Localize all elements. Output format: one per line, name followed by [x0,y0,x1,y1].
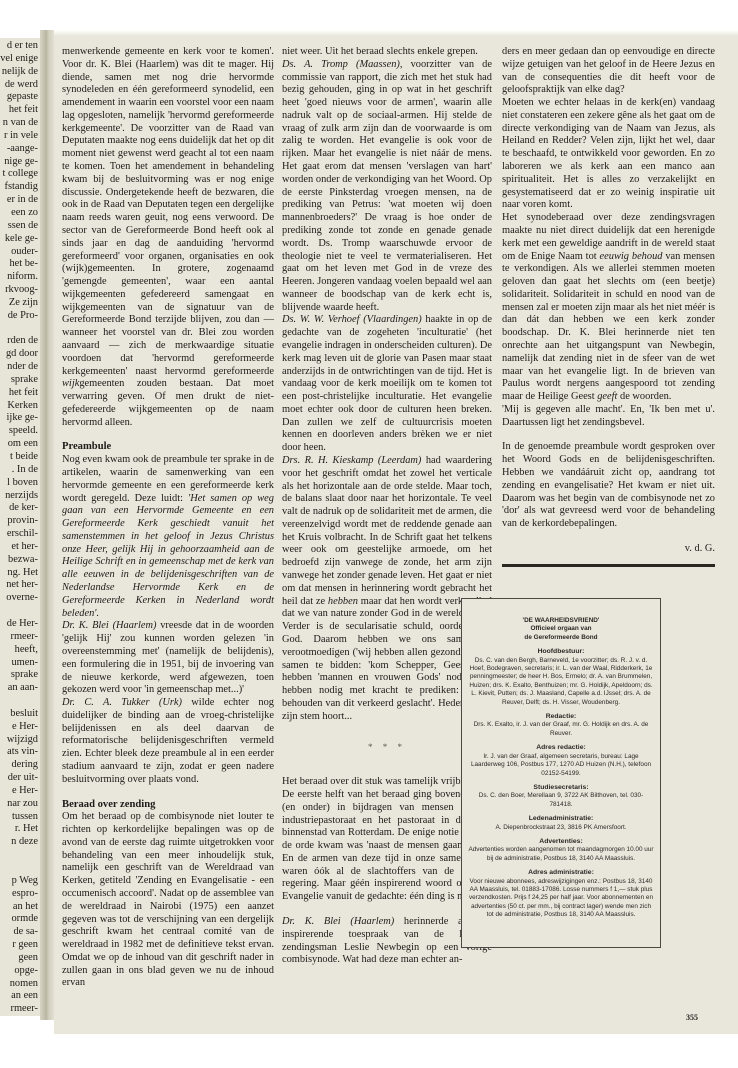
text-line: Kerken [0,400,38,413]
colophon-section-body: Advertenties worden aangenomen tot maand… [462,846,660,863]
text-line: r in vele [0,130,38,143]
text-line [0,605,38,618]
text-line: t college [0,168,38,181]
text-line: e Her- [0,721,38,734]
magazine-page: menwerkende gemeente en kerk voor te kom… [54,34,738,1034]
text-line: wijzigd [0,734,38,747]
text-line: de Pro- [0,310,38,323]
text-line: nomen [0,978,38,991]
article-column-3: ders en meer gedaan dan op eenvoudige en… [502,46,715,567]
text-line: besluit [0,708,38,721]
text-line: an aan- [0,682,38,695]
text-line: sprake [0,669,38,682]
text-line: nar zou [0,798,38,811]
text-line: gd door [0,348,38,361]
text-line: de sa- [0,926,38,939]
text-line: gepaste [0,91,38,104]
text-line: dering [0,759,38,772]
colophon-section-title: Adres redactie: [462,744,660,752]
text-line: de werd [0,79,38,92]
text-line: ormde [0,913,38,926]
text-line [0,695,38,708]
text-line: speeld. [0,425,38,438]
text-line: r geen [0,939,38,952]
text-line: an een [0,990,38,1003]
text-line: niform. [0,271,38,284]
text-line: n van de [0,117,38,130]
text-line: het feit [0,104,38,117]
colophon-section-title: Adres administratie: [462,869,660,877]
text-line: espro- [0,888,38,901]
text-line: e Her- [0,785,38,798]
text-line: n deze [0,836,38,849]
colophon-section-title: Ledenadministratie: [462,815,660,823]
colophon-section-title: Studiesecretaris: [462,784,660,792]
paragraph: Dr. C. A. Tukker (Urk) wilde echter nog … [62,697,274,786]
text-line: om een [0,438,38,451]
text-line: nige ge- [0,156,38,169]
text-line: de Her- [0,618,38,631]
article-column-1: menwerkende gemeente en kerk voor te kom… [62,46,274,990]
paragraph: menwerkende gemeente en kerk voor te kom… [62,46,274,429]
page-top-edge [54,30,738,36]
paragraph: Ds. A. Tromp (Maassen), voorzitter van d… [282,59,492,315]
paragraph: 'Mij is gegeven alle macht'. En, 'Ik ben… [502,404,715,430]
text-line: het feit [0,387,38,400]
divider [502,564,715,567]
text-line: rden de [0,335,38,348]
colophon-section-body: Ds. C. van den Bergh, Barneveld, 1e voor… [462,657,660,707]
text-line [0,862,38,875]
text-line: overne- [0,592,38,605]
text-line: er in de [0,194,38,207]
page-number: 355 [686,1013,698,1022]
text-line: rmeer- [0,1003,38,1016]
text-line: een zo [0,207,38,220]
text-line: bezwa- [0,554,38,567]
paragraph: Het synodeberaad over deze zendingsvrage… [502,212,715,404]
colophon-section-body: A. Diepenbrockstraat 23, 3816 PK Amersfo… [462,824,660,832]
colophon-sections: Hoofdbestuur:Ds. C. van den Bergh, Barne… [462,648,660,919]
paragraph: ders en meer gedaan dan op eenvoudige en… [502,46,715,97]
colophon-box: 'DE WAARHEIDSVRIEND' Officieel orgaan va… [461,598,661,948]
text-line: nelijk de [0,66,38,79]
text-line: t beide [0,451,38,464]
page-gutter [40,30,54,1020]
paragraph: Dr. K. Blei (Haarlem) vreesde dat in de … [62,620,274,697]
text-line: geen [0,952,38,965]
left-page-fragment: d er tenvel enigenelijk dede werdgepaste… [0,38,40,1016]
text-line: -aange- [0,143,38,156]
text-line: sprake [0,374,38,387]
text-line: ats vin- [0,746,38,759]
text-line: Ze zijn [0,297,38,310]
text-line: ouder- [0,246,38,259]
colophon-section-body: Voor nieuwe abonnees, adreswijzigingen e… [462,878,660,920]
text-line: ssen de [0,220,38,233]
text-line: umen- [0,657,38,670]
text-line: der uit- [0,772,38,785]
colophon-title: 'DE WAARHEIDSVRIEND' [462,617,660,625]
text-line: et her- [0,541,38,554]
text-line [0,323,38,336]
paragraph: niet weer. Uit het beraad slechts enkele… [282,46,492,59]
section-heading-zending: Beraad over zending [62,799,274,812]
text-line: kele ge- [0,233,38,246]
paragraph: Nog even kwam ook de preambule ter sprak… [62,454,274,620]
text-line: . In de [0,464,38,477]
text-line: provin- [0,515,38,528]
text-line: erschil- [0,528,38,541]
text-line: an het [0,901,38,914]
text-line: ijke ge- [0,412,38,425]
text-line: rmeer- [0,631,38,644]
colophon-section-title: Hoofdbestuur: [462,648,660,656]
text-line: tussen [0,811,38,824]
text-line: l boven [0,477,38,490]
colophon-section-title: Advertenties: [462,838,660,846]
text-line: fstandig [0,181,38,194]
text-line: rkvoog- [0,284,38,297]
text-line: vel enige [0,53,38,66]
colophon-section-body: Ds. C. den Boer, Merellaan 9, 3722 AK Bi… [462,792,660,809]
left-page-text: d er tenvel enigenelijk dede werdgepaste… [0,40,38,1016]
paragraph: Ds. W. W. Verhoef (Vlaardingen) haakte i… [282,314,492,455]
paragraph: In de genoemde preambule wordt gesproken… [502,441,715,530]
text-line: heeft, [0,644,38,657]
text-line: nder de [0,361,38,374]
text-line: r. Het [0,823,38,836]
text-line: de ker- [0,502,38,515]
colophon-subtitle: de Gereformeerde Bond [462,634,660,642]
text-line: het be- [0,258,38,271]
colophon-subtitle: Officieel orgaan van [462,625,660,633]
section-heading-preambule: Preambule [62,441,274,454]
colophon-section-title: Redactie: [462,713,660,721]
text-line: net her- [0,579,38,592]
text-line: d er ten [0,40,38,53]
text-line: nerzijds [0,490,38,503]
text-line [0,849,38,862]
colophon-section-body: Drs. K. Exalto, ir. J. van der Graaf, mr… [462,721,660,738]
paragraph: Om het beraad op de combisynode niet lou… [62,811,274,990]
colophon-section-body: Ir. J. van der Graaf, algemeen secretari… [462,753,660,778]
text-line: opge- [0,965,38,978]
text-line: p Weg [0,875,38,888]
author-signature: v. d. G. [502,543,715,556]
text-line: ng. Het [0,567,38,580]
paragraph: Moeten we echter helaas in de kerk(en) v… [502,97,715,212]
